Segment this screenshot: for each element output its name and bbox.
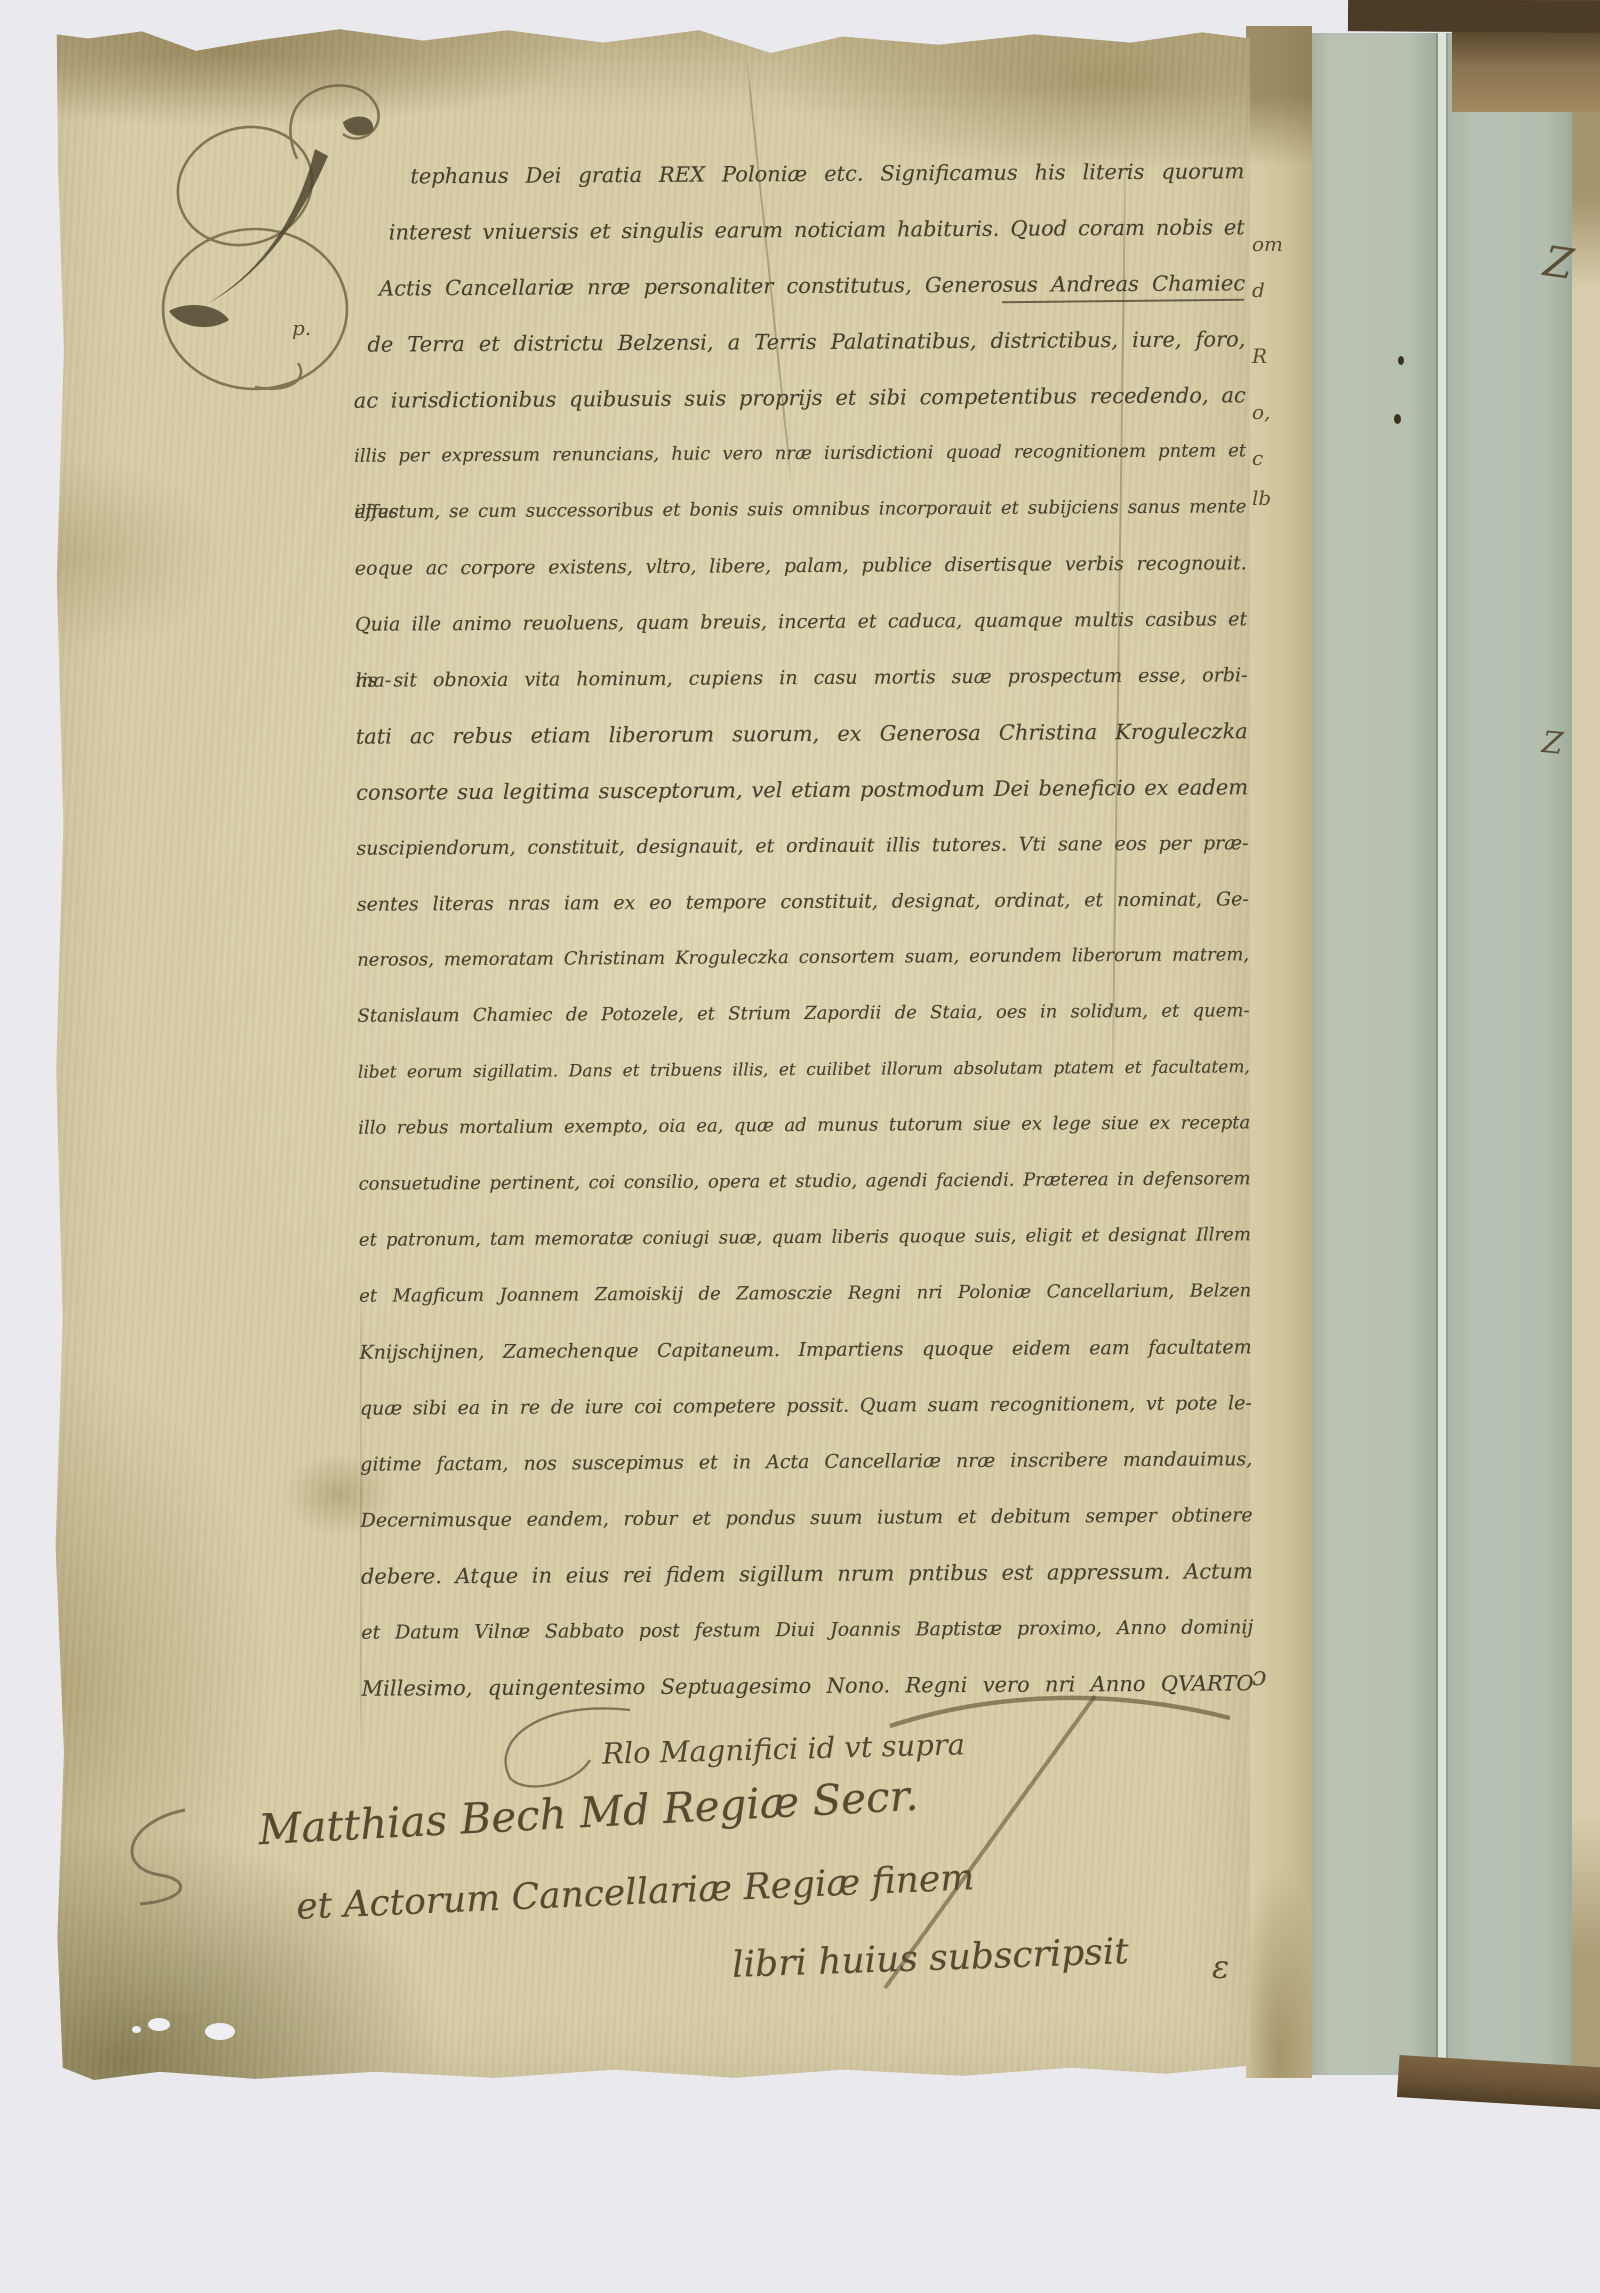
interleaf-right (1448, 33, 1572, 2077)
edge-text-fragment: c (1252, 446, 1263, 470)
signature-end-mark: ε (1212, 1948, 1229, 1986)
text-line: et Magficum Joannem Zamoiskij de Zamoscz… (359, 1263, 1251, 1324)
text-line: ac iurisdictionibus quibusuis suis propr… (354, 367, 1246, 428)
edge-text-fragment: lb (1252, 486, 1271, 510)
text-line: nerosos, memoratam Christinam Kroguleczk… (357, 927, 1249, 988)
text-line: tati ac rebus etiam liberorum suorum, ex… (356, 703, 1248, 764)
text-line: Knijschijnen, Zamechenque Capitaneum. Im… (359, 1319, 1251, 1380)
text-line: gitime factam, nos suscepimus et in Acta… (360, 1431, 1252, 1492)
text-line: tephanus Dei gratia REX Poloniæ etc. Sig… (352, 143, 1244, 204)
edge-text-fragment: om (1252, 232, 1283, 256)
scanned-manuscript-page: Z Z p. tephanus Dei gratia REX Poloniæ e… (0, 0, 1600, 2293)
page-fold-edge (1246, 26, 1312, 2078)
worm-hole (148, 2018, 170, 2031)
next-leaf-edge (1572, 108, 1600, 2076)
gutter-crease (1436, 33, 1448, 2075)
text-line: Actis Cancellariæ nræ personaliter const… (353, 255, 1245, 316)
text-line: de Terra et districtu Belzensi, a Terris… (353, 311, 1245, 372)
text-line: effectum, se cum successoribus et bonis … (354, 479, 1246, 540)
worm-hole (205, 2023, 235, 2040)
edge-text-fragment: o, (1252, 400, 1270, 424)
text-line: Quia ille animo reuoluens, quam breuis, … (355, 591, 1247, 652)
text-line: Decernimusque eandem, robur et pondus su… (360, 1487, 1252, 1548)
text-line: interest vniuersis et singulis earum not… (353, 199, 1245, 260)
binding-spine-top (1348, 0, 1600, 33)
edge-text-fragment: d (1252, 278, 1265, 302)
text-line: sentes literas nras iam ex eo tempore co… (357, 871, 1249, 932)
text-line: et Datum Vilnæ Sabbato post festum Diui … (361, 1599, 1253, 1660)
text-line: et patronum, tam memoratæ coniugi suæ, q… (359, 1207, 1251, 1268)
ink-speck (1394, 414, 1401, 424)
text-line: quæ sibi ea in re de iure coi competere … (360, 1375, 1252, 1436)
text-line: suscipiendorum, constituit, designauit, … (356, 815, 1248, 876)
text-line: illo rebus mortalium exempto, oia ea, qu… (358, 1095, 1250, 1156)
pen-trial-mark: Z (1541, 725, 1565, 762)
interleaf-left (1312, 33, 1436, 2075)
worm-hole (132, 2026, 141, 2033)
paraph-flourish (100, 1800, 210, 1915)
text-line: consorte sua legitima susceptorum, vel e… (356, 759, 1248, 820)
text-line: lis sit obnoxia vita hominum, cupiens in… (355, 647, 1247, 708)
margin-note: p. (292, 316, 311, 340)
text-line: illis per expressum renuncians, huic ver… (354, 423, 1246, 484)
text-line: libet eorum sigillatim. Dans et tribuens… (358, 1039, 1250, 1100)
text-line: consuetudine pertinent, coi consilio, op… (358, 1151, 1250, 1212)
text-line: debere. Atque in eius rei fidem sigillum… (361, 1543, 1253, 1604)
ink-speck (1398, 356, 1404, 365)
text-line: eoque ac corpore existens, vltro, libere… (355, 535, 1247, 596)
body-text: tephanus Dei gratia REX Poloniæ etc. Sig… (352, 143, 1254, 1716)
text-line: Stanislaum Chamiec de Potozele, et Striu… (357, 983, 1249, 1044)
edge-text-fragment: ɔ (1252, 1662, 1267, 1692)
edge-text-fragment: R (1252, 344, 1267, 368)
